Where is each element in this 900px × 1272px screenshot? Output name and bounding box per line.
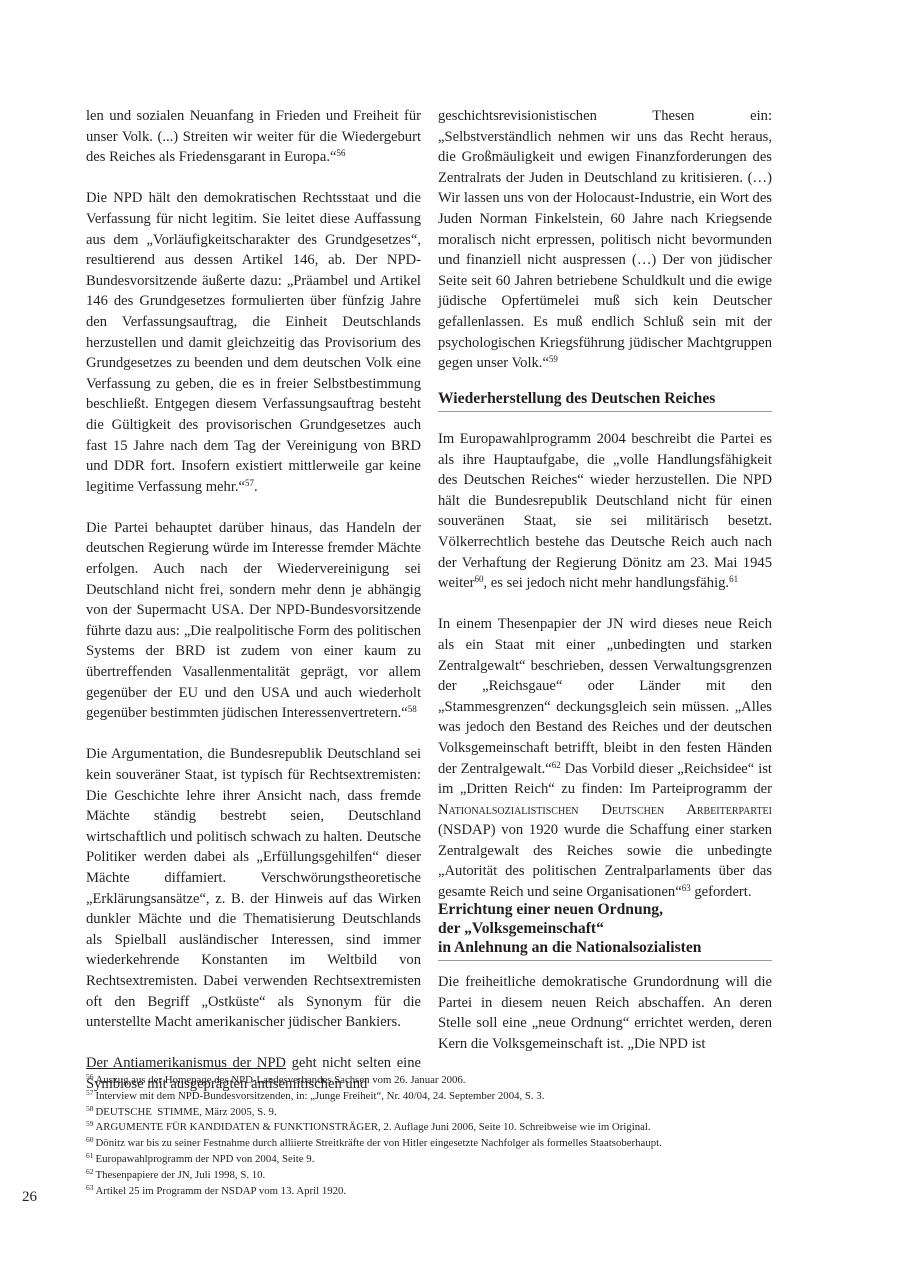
section-body-reich: Im Europawahlprogramm 2004 beschreibt di… bbox=[438, 429, 772, 923]
footnote-62: 62Thesenpapiere der JN, Juli 1998, S. 10… bbox=[86, 1168, 786, 1184]
footnote-59: 59ARGUMENTE FÜR KANDIDATEN & FUNKTIONSTR… bbox=[86, 1120, 786, 1136]
right-column-intro: geschichtsrevisionistischen Thesen ein: … bbox=[438, 106, 772, 374]
footnote-ref-62[interactable]: 62 bbox=[552, 760, 561, 770]
section-title-reich: Wiederherstellung des Deutschen Reiches bbox=[438, 389, 772, 412]
paragraph-argumentation: Die Argumentation, die Bundesrepublik De… bbox=[86, 744, 421, 1032]
left-column: len und sozialen Neuanfang in Frieden un… bbox=[86, 106, 421, 1095]
footnote-ref-58[interactable]: 58 bbox=[408, 704, 417, 714]
footnote-61: 61Europawahlprogramm der NPD von 2004, S… bbox=[86, 1152, 786, 1168]
paragraph-revisionism-quote: geschichtsrevisionistischen Thesen ein: … bbox=[438, 106, 772, 374]
section-title-ordnung: Errichtung einer neuen Ordnung, der „Vol… bbox=[438, 900, 772, 961]
footnote-58: 58DEUTSCHE STIMME, März 2005, S. 9. bbox=[86, 1105, 786, 1121]
footnote-ref-63[interactable]: 63 bbox=[682, 883, 691, 893]
paragraph-foreign-powers: Die Partei behauptet darüber hinaus, das… bbox=[86, 518, 421, 724]
page-number: 26 bbox=[22, 1189, 37, 1206]
footnotes: 56Auszug aus der Homepage des NPD-Landes… bbox=[86, 1073, 786, 1199]
paragraph-legitimacy: Die NPD hält den demokratischen Rechtsst… bbox=[86, 188, 421, 497]
section-heading-reich: Wiederherstellung des Deutschen Reiches bbox=[438, 389, 772, 412]
section-body-ordnung: Die freiheitliche demokratische Grundord… bbox=[438, 972, 772, 1054]
footnote-63: 63Artikel 25 im Programm der NSDAP vom 1… bbox=[86, 1184, 786, 1200]
footnote-ref-61[interactable]: 61 bbox=[729, 574, 738, 584]
paragraph-neue-ordnung: Die freiheitliche demokratische Grundord… bbox=[438, 972, 772, 1054]
footnote-57: 57Interview mit dem NPD-Bundesvorsitzend… bbox=[86, 1089, 786, 1105]
paragraph-europawahlprogramm: Im Europawahlprogramm 2004 beschreibt di… bbox=[438, 429, 772, 594]
footnote-ref-59[interactable]: 59 bbox=[549, 354, 558, 364]
footnote-60: 60Dönitz war bis zu seiner Festnahme dur… bbox=[86, 1136, 786, 1152]
paragraph-quote-end: len und sozialen Neuanfang in Frieden un… bbox=[86, 106, 421, 168]
paragraph-thesenpapier: In einem Thesenpapier der JN wird dieses… bbox=[438, 614, 772, 902]
footnote-56: 56Auszug aus der Homepage des NPD-Landes… bbox=[86, 1073, 786, 1089]
footnote-ref-56[interactable]: 56 bbox=[336, 148, 345, 158]
footnote-ref-57[interactable]: 57 bbox=[245, 478, 254, 488]
smallcaps-party-name: Nationalsozialistischen Deutschen Arbeit… bbox=[438, 802, 772, 818]
section-heading-ordnung: Errichtung einer neuen Ordnung, der „Vol… bbox=[438, 900, 772, 961]
footnote-divider bbox=[86, 1068, 286, 1069]
